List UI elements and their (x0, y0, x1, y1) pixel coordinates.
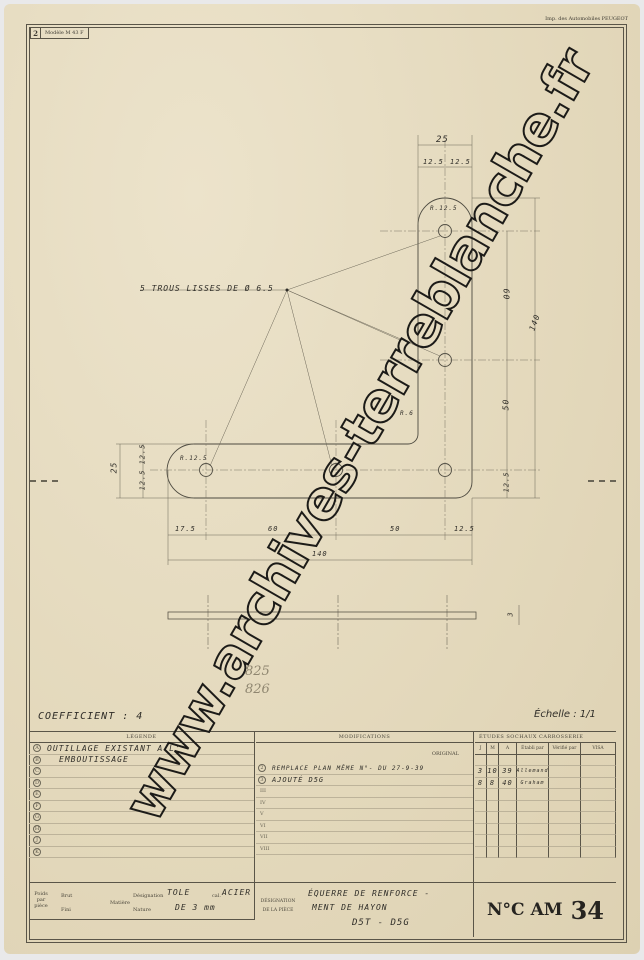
etudes-table: J M A Établi par Vérifié par VISA 3 10 3… (475, 743, 616, 858)
modifications-section: MODIFICATIONS ORIGINAL 2REMPLACE PLAN MÊ… (256, 732, 474, 882)
dim-left-height-upper: 12.5 (138, 444, 146, 465)
bracket-outline (167, 198, 472, 498)
modification-row: VIII (256, 844, 473, 856)
modification-row: VI (256, 821, 473, 833)
original-label: ORIGINAL (432, 751, 459, 757)
designation-value: TOLE (167, 888, 190, 897)
weight-material-box: Poids par pièce Brut Fini Matière Désign… (29, 883, 255, 920)
legend-section: LÉGENDE AOUTILLAGE EXISTANT A L' BEMBOUT… (29, 732, 255, 882)
legend-row: H (29, 824, 254, 836)
dim-top-total: 25 (436, 135, 449, 145)
part-designation-label: DÉSIGNATION DE LA PIÈCE (260, 897, 296, 915)
dim-vertical-60: 60 (501, 289, 510, 301)
weight-label: Poids par pièce (32, 891, 50, 909)
part-name-line-3: D5T - D5G (352, 918, 410, 928)
dim-bottom-50: 50 (390, 525, 400, 533)
legend-row: AOUTILLAGE EXISTANT A L' (29, 743, 254, 755)
number-prefix: N°C (487, 900, 525, 920)
modification-row: 2REMPLACE PLAN MÊME N°- DU 27-9-39 (256, 763, 473, 775)
modifications-header: MODIFICATIONS (256, 732, 473, 743)
qualite-label: cal. (212, 893, 221, 899)
dim-bottom-12-5: 12.5 (454, 525, 475, 533)
drawing-number: N°C AM 34 (475, 883, 616, 937)
legend-row: J (29, 835, 254, 847)
modification-row: IV (256, 798, 473, 810)
dim-top-half-left: 12.5 (423, 158, 444, 166)
title-bottom-row: Poids par pièce Brut Fini Matière Désign… (29, 882, 616, 936)
dim-left-height-lower: 12.5 (138, 470, 146, 491)
dim-thickness: 3 (507, 611, 515, 616)
dim-inner-radius: R.6 (400, 410, 414, 417)
modification-row: V (256, 809, 473, 821)
dim-vertical-12-5: 12.5 (502, 472, 510, 493)
part-designation-box: DÉSIGNATION DE LA PIÈCE ÉQUERRE DE RENFO… (256, 883, 474, 937)
dim-bottom-total: 140 (312, 550, 328, 558)
side-view (168, 612, 476, 619)
dim-vertical-50: 50 (501, 399, 510, 411)
legend-row: E (29, 789, 254, 801)
designation-label: Désignation (133, 893, 163, 899)
dim-bottom-60: 60 (268, 525, 278, 533)
dim-top-radius: R.12.5 (430, 205, 458, 212)
part-name-line-2: MENT DE HAYON (312, 903, 388, 912)
legend-header: LÉGENDE (29, 732, 254, 743)
dim-top-half-right: 12.5 (450, 158, 471, 166)
etudes-section: ÉTUDES SOCHAUX CARROSSERIE J M A Établi … (475, 732, 616, 882)
dim-left-height-total: 25 (109, 462, 118, 474)
part-name-line-1: ÉQUERRE DE RENFORCE - (308, 889, 430, 898)
legend-row: BEMBOUTISSAGE (29, 755, 254, 767)
modification-row: 3AJOUTÉ D5G (256, 775, 473, 787)
matiere-label: Matière (110, 900, 130, 906)
modification-row: III (256, 786, 473, 798)
brut-label: Brut (61, 893, 72, 899)
title-block: LÉGENDE AOUTILLAGE EXISTANT A L' BEMBOUT… (29, 731, 616, 935)
legend-row: F (29, 801, 254, 813)
etudes-header: ÉTUDES SOCHAUX CARROSSERIE (475, 732, 616, 743)
legend-row: D (29, 778, 254, 790)
pencil-note-1: 825 (245, 664, 270, 679)
coefficient-label: COEFFICIENT : 4 (38, 711, 143, 722)
number-code: AM (531, 900, 563, 920)
number-value: 34 (571, 896, 604, 925)
fini-label: Fini (61, 907, 71, 913)
dim-bottom-17-5: 17.5 (175, 525, 196, 533)
legend-row: K (29, 847, 254, 859)
scale-label: Échelle : 1/1 (534, 709, 596, 720)
pencil-note-2: 826 (245, 682, 270, 697)
qualite-value: ACIER (222, 888, 251, 897)
legend-row: C (29, 766, 254, 778)
nature-value: DE 3 mm (175, 903, 216, 912)
nature-label: Nature (133, 907, 151, 913)
holes-note: 5 TROUS LISSES DE Ø 6.5 (140, 284, 274, 293)
dim-left-radius: R.12.5 (180, 455, 208, 462)
modification-row: VII (256, 832, 473, 844)
legend-row: G (29, 812, 254, 824)
